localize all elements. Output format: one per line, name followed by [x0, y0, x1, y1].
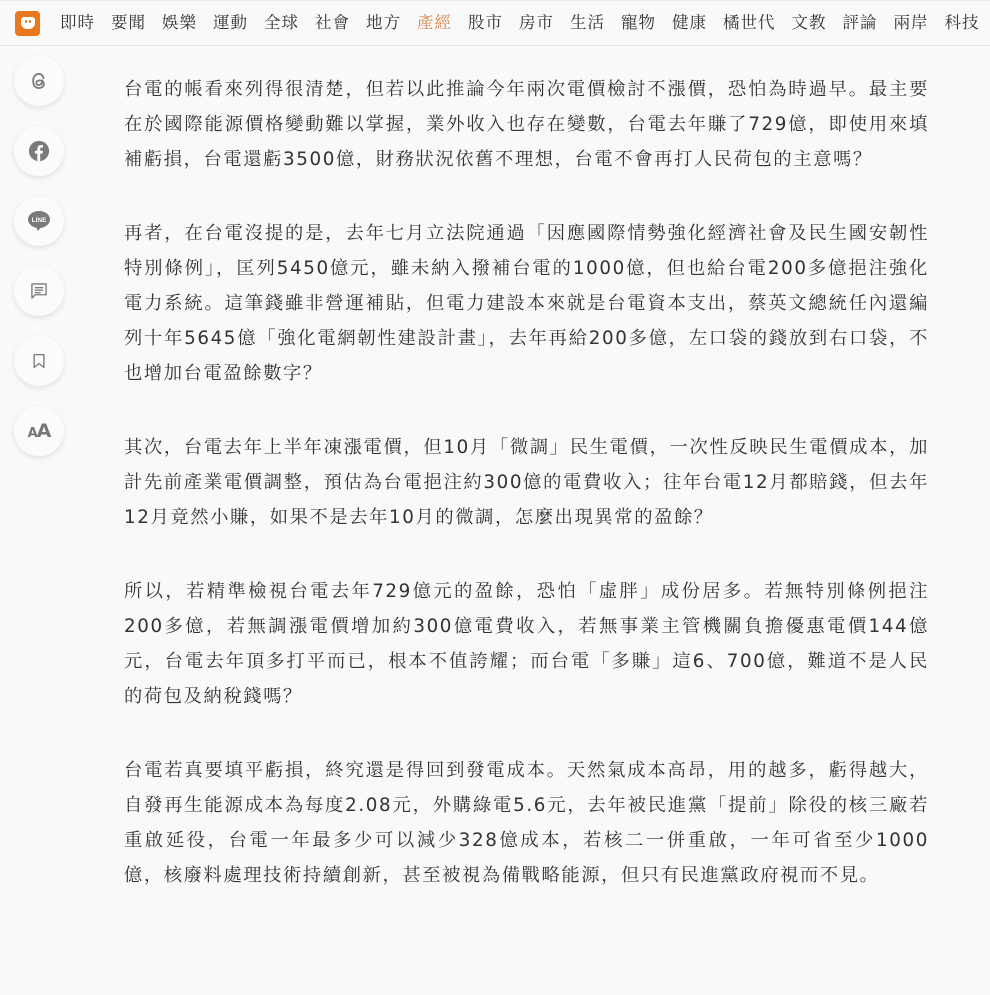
nav-item-opinion[interactable]: 評論 [835, 0, 886, 46]
article-paragraph: 其次，台電去年上半年凍漲電價，但10月「微調」民生電價，一次性反映民生電價成本，… [124, 430, 929, 535]
font-size-icon: AA [28, 420, 51, 442]
nav-item-entertainment[interactable]: 娛樂 [154, 0, 205, 46]
nav-item-health[interactable]: 健康 [664, 0, 715, 46]
nav-item-cross-strait[interactable]: 兩岸 [886, 0, 937, 46]
article-paragraph: 台電的帳看來列得很清楚，但若以此推論今年兩次電價檢討不漲價，恐怕為時過早。最主要… [124, 72, 929, 177]
nav-item-stocks[interactable]: 股市 [460, 0, 511, 46]
nav-item-instant[interactable]: 即時 [52, 0, 103, 46]
font-size-button[interactable]: AA [14, 406, 64, 456]
svg-text:LINE: LINE [32, 217, 47, 224]
top-navigation: 即時 要聞 娛樂 運動 全球 社會 地方 產經 股市 房市 生活 寵物 健康 橘… [0, 0, 990, 46]
nav-item-tech[interactable]: 科技 [937, 0, 988, 46]
share-threads-button[interactable] [14, 56, 64, 106]
share-rail: LINE AA [14, 56, 64, 476]
bookmark-button[interactable] [14, 336, 64, 386]
nav-item-global[interactable]: 全球 [256, 0, 307, 46]
nav-item-society[interactable]: 社會 [307, 0, 358, 46]
site-logo[interactable] [15, 11, 40, 36]
nav-item-business[interactable]: 產經 [409, 0, 460, 46]
share-line-button[interactable]: LINE [14, 196, 64, 246]
comment-button[interactable] [14, 266, 64, 316]
comment-icon [29, 281, 49, 301]
bookmark-icon [30, 352, 48, 370]
nav-item-real-estate[interactable]: 房市 [511, 0, 562, 46]
article-body: 台電的帳看來列得很清楚，但若以此推論今年兩次電價檢討不漲價，恐怕為時過早。最主要… [124, 72, 929, 932]
nav-item-pets[interactable]: 寵物 [613, 0, 664, 46]
nav-item-education[interactable]: 文教 [784, 0, 835, 46]
nav-item-life[interactable]: 生活 [562, 0, 613, 46]
nav-item-headlines[interactable]: 要聞 [103, 0, 154, 46]
article-paragraph: 台電若真要填平虧損，終究還是得回到發電成本。天然氣成本高昂，用的越多，虧得越大，… [124, 753, 929, 893]
facebook-icon [28, 140, 50, 162]
nav-item-sports[interactable]: 運動 [205, 0, 256, 46]
share-facebook-button[interactable] [14, 126, 64, 176]
line-icon: LINE [27, 210, 51, 232]
logo-face-icon [21, 17, 35, 29]
threads-icon [29, 71, 49, 91]
article-paragraph: 所以，若精準檢視台電去年729億元的盈餘，恐怕「虛胖」成份居多。若無特別條例挹注… [124, 574, 929, 714]
nav-item-orange-generation[interactable]: 橘世代 [715, 0, 784, 46]
article-paragraph: 再者，在台電沒提的是，去年七月立法院通過「因應國際情勢強化經濟社會及民生國安韌性… [124, 216, 929, 391]
nav-item-local[interactable]: 地方 [358, 0, 409, 46]
